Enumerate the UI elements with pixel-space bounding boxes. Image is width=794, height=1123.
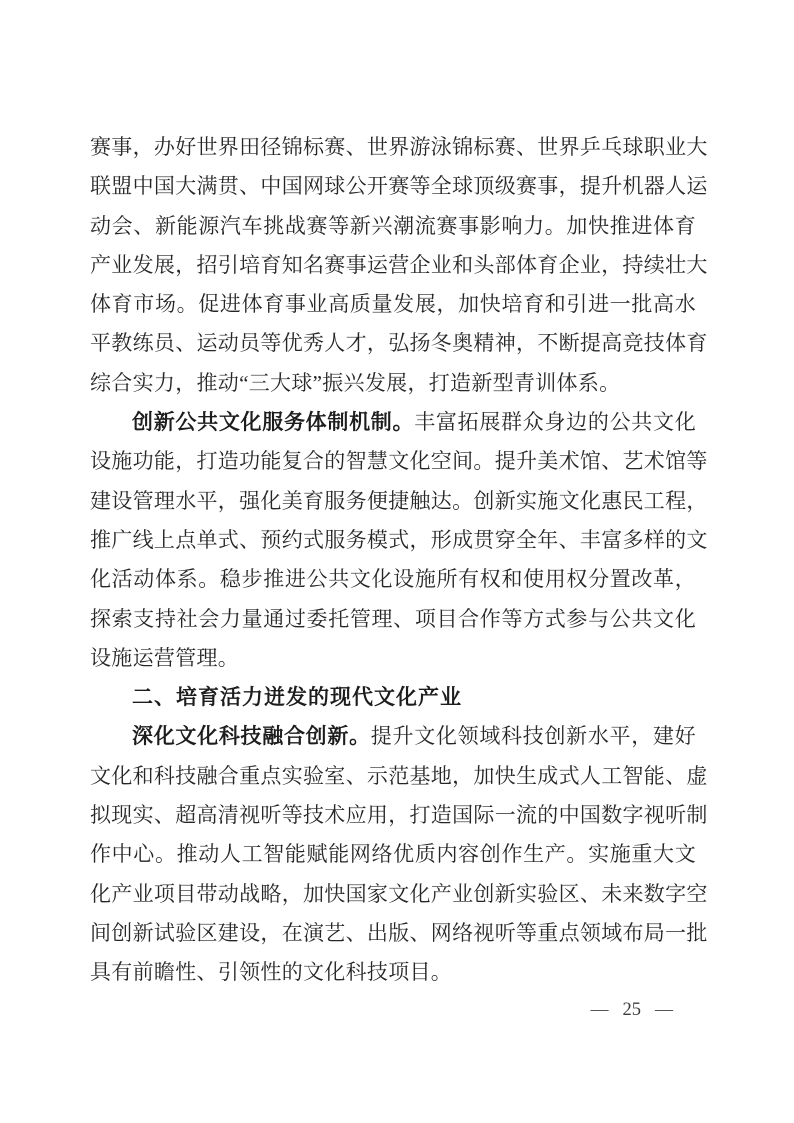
paragraph-text: 丰富拓展群众身边的公共文化 — [414, 410, 696, 434]
paragraph-lead: 深化文化科技融合创新。 — [132, 724, 371, 748]
text-line: 创新公共文化服务体制机制。丰富拓展群众身边的公共文化 — [90, 403, 696, 442]
text-line: 设施功能，打造功能复合的智慧文化空间。提升美术馆、艺术馆等 — [90, 442, 696, 481]
text-line: 综合实力，推动“三大球”振兴发展，打造新型青训体系。 — [90, 364, 696, 403]
document-body: 赛事，办好世界田径锦标赛、世界游泳锦标赛、世界乒乓球职业大 联盟中国大满贯、中国… — [90, 128, 696, 993]
text-line: 间创新试验区建设，在演艺、出版、网络视听等重点领域布局一批 — [90, 914, 696, 953]
page-number: —25— — [591, 997, 674, 1022]
text-line: 化活动体系。稳步推进公共文化设施所有权和使用权分置改革， — [90, 560, 696, 599]
text-line: 作中心。推动人工智能赋能网络优质内容创作生产。实施重大文 — [90, 835, 696, 874]
text-line: 文化和科技融合重点实验室、示范基地，加快生成式人工智能、虚 — [90, 757, 696, 796]
text-line: 动会、新能源汽车挑战赛等新兴潮流赛事影响力。加快推进体育 — [90, 207, 696, 246]
text-line: 具有前瞻性、引领性的文化科技项目。 — [90, 953, 696, 992]
text-line: 设施运营管理。 — [90, 639, 696, 678]
footer-dash-right: — — [655, 999, 673, 1019]
text-line: 赛事，办好世界田径锦标赛、世界游泳锦标赛、世界乒乓球职业大 — [90, 128, 696, 167]
document-page: 赛事，办好世界田径锦标赛、世界游泳锦标赛、世界乒乓球职业大 联盟中国大满贯、中国… — [0, 0, 794, 1123]
footer-page-number: 25 — [623, 1000, 642, 1020]
text-line: 体育市场。促进体育事业高质量发展，加快培育和引进一批高水 — [90, 285, 696, 324]
section-heading: 二、培育活力迸发的现代文化产业 — [90, 678, 696, 717]
text-line: 推广线上点单式、预约式服务模式，形成贯穿全年、丰富多样的文 — [90, 521, 696, 560]
text-line: 拟现实、超高清视听等技术应用，打造国际一流的中国数字视听制 — [90, 796, 696, 835]
text-line: 联盟中国大满贯、中国网球公开赛等全球顶级赛事，提升机器人运 — [90, 167, 696, 206]
text-line: 探索支持社会力量通过委托管理、项目合作等方式参与公共文化 — [90, 600, 696, 639]
text-line: 化产业项目带动战略，加快国家文化产业创新实验区、未来数字空 — [90, 875, 696, 914]
text-line: 产业发展，招引培育知名赛事运营企业和头部体育企业，持续壮大 — [90, 246, 696, 285]
text-line: 平教练员、运动员等优秀人才，弘扬冬奥精神，不断提高竞技体育 — [90, 324, 696, 363]
paragraph-lead: 创新公共文化服务体制机制。 — [132, 410, 414, 434]
paragraph-text: 提升文化领域科技创新水平，建好 — [371, 724, 696, 748]
footer-dash-left: — — [591, 999, 609, 1019]
text-line: 建设管理水平，强化美育服务便捷触达。创新实施文化惠民工程， — [90, 482, 696, 521]
text-line: 深化文化科技融合创新。提升文化领域科技创新水平，建好 — [90, 717, 696, 756]
